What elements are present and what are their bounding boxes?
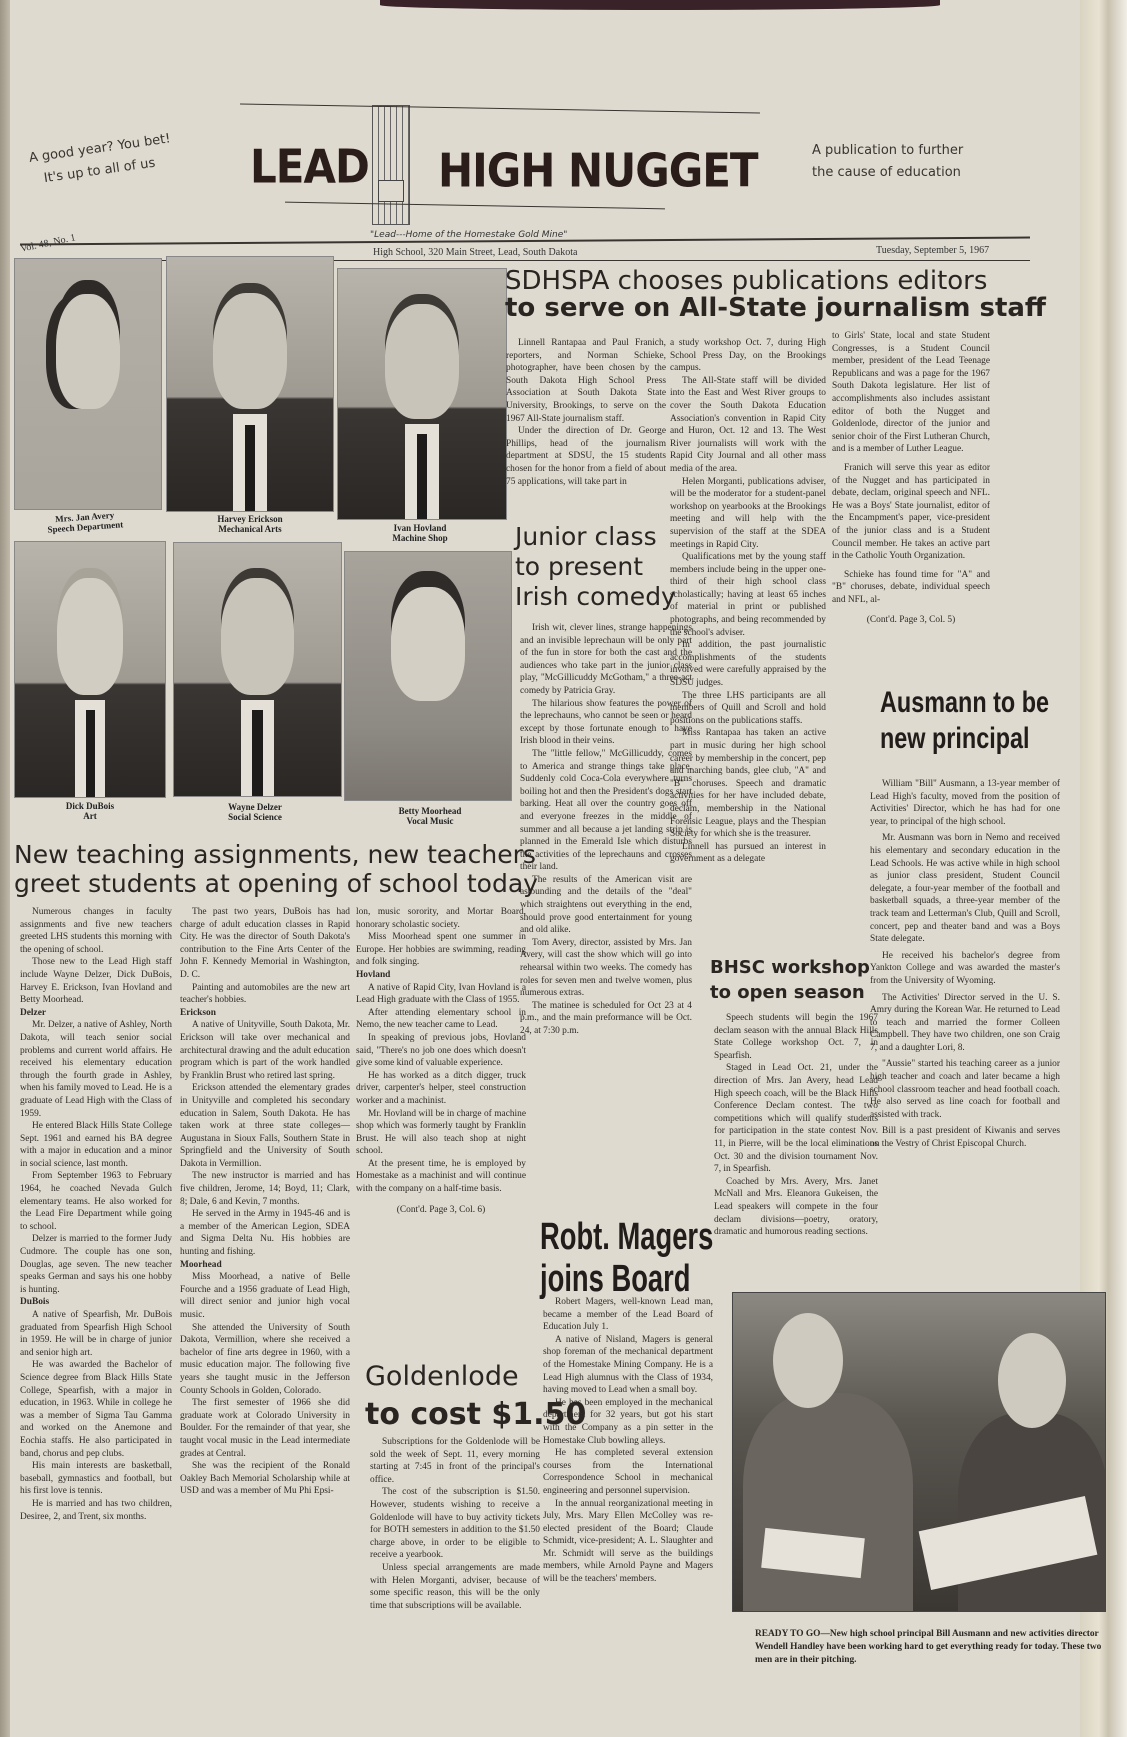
paragraph: The new instructor is married and has fi… — [180, 1170, 350, 1208]
masthead-title-high-nugget: HIGH NUGGET — [438, 144, 758, 198]
bhsc-column: Speech students will begin the 1967 decl… — [714, 1012, 878, 1239]
goldenlode-column: Subscriptions for the Goldenlode will be… — [370, 1436, 540, 1612]
paragraph: He served in the Army in 1945-46 and is … — [180, 1208, 350, 1258]
paragraph: Coached by Mrs. Avery, Mrs. Janet McNall… — [714, 1176, 878, 1239]
sdhspa-col-3: to Girls' State, local and state Student… — [832, 330, 990, 627]
paragraph: The first semester of 1966 she did gradu… — [180, 1397, 350, 1460]
paragraph: to Girls' State, local and state Student… — [832, 330, 990, 456]
paragraph: She attended the University of South Dak… — [180, 1322, 350, 1398]
headline-line: to present — [515, 552, 676, 582]
paragraph: The "little fellow," McGillicuddy, comes… — [520, 748, 692, 874]
subhead: Moorhead — [180, 1259, 350, 1272]
subhead: DuBois — [20, 1296, 172, 1309]
figure-left-suit — [743, 1393, 913, 1612]
caption-name: Harvey Erickson — [190, 514, 310, 524]
caption-dept: Machine Shop — [360, 533, 480, 543]
paragraph: Unless special arrangements are made wit… — [370, 1562, 540, 1612]
paragraph: Staged in Lead Oct. 21, under the direct… — [714, 1062, 878, 1175]
headline-line: New teaching assignments, new teachers — [14, 840, 538, 869]
headline-line: to serve on All-State journalism staff — [505, 295, 1046, 322]
figure-right-head — [998, 1333, 1066, 1428]
paragraph: A native of Nisland, Magers is general s… — [543, 1334, 713, 1397]
paragraph: Those new to the Lead High staff include… — [20, 956, 172, 1006]
headline-line: SDHSPA chooses publications editors — [505, 268, 1046, 295]
paragraph: A native of Unityville, South Dakota, Mr… — [180, 1019, 350, 1082]
magers-column: Robert Magers, well-known Lead man, beca… — [543, 1296, 713, 1586]
ausmann-column: William "Bill" Ausmann, a 13-year member… — [870, 778, 1060, 1151]
paragraph: In the annual reorganizational meeting i… — [543, 1498, 713, 1586]
headline-line: joins Board — [540, 1260, 713, 1298]
caption-dept: Art — [40, 811, 140, 821]
headline-junior-class: Junior class to present Irish comedy — [515, 522, 676, 612]
headline-line: BHSC workshop — [710, 955, 870, 980]
continued-note: (Cont'd. Page 3, Col. 5) — [832, 614, 990, 627]
headline-line: greet students at opening of school toda… — [14, 869, 538, 898]
photo-wayne-delzer — [173, 542, 342, 797]
paragraph: A native of Spearfish, Mr. DuBois gradua… — [20, 1309, 172, 1359]
paragraph: Numerous changes in faculty assignments … — [20, 906, 172, 956]
building-door-icon — [378, 180, 404, 202]
paragraph: His main interests are basketball, baseb… — [20, 1460, 172, 1498]
masthead-title-lead: LEAD — [250, 140, 369, 194]
paragraph: The All-State staff will be divided into… — [670, 375, 826, 476]
paragraph: The past two years, DuBois has had charg… — [180, 906, 350, 982]
caption-wayne-delzer: Wayne DelzerSocial Science — [200, 802, 310, 822]
paragraph: Schieke has found time for "A" and "B" c… — [832, 569, 990, 607]
paragraph: Speech students will begin the 1967 decl… — [714, 1012, 878, 1062]
paragraph: He has completed several extension cours… — [543, 1447, 713, 1497]
paragraph: Painting and automobiles are the new art… — [180, 982, 350, 1007]
photo-ausmann-handley — [732, 1292, 1106, 1612]
paragraph: Franich will serve this year as editor o… — [832, 462, 990, 563]
subhead: Erickson — [180, 1007, 350, 1020]
caption-name: Dick DuBois — [40, 801, 140, 811]
paragraph: At the present time, he is employed by H… — [356, 1158, 526, 1196]
continued-note: (Cont'd. Page 3, Col. 6) — [356, 1204, 526, 1217]
paragraph: The Activities' Director served in the U… — [870, 992, 1060, 1055]
paragraph: The hilarious show features the power of… — [520, 698, 692, 748]
paragraph: He entered Black Hills State College Sep… — [20, 1120, 172, 1170]
headline-line: Ausmann to be — [880, 688, 1049, 718]
headline-line: to open season — [710, 980, 870, 1005]
caption-dept: Vocal Music — [375, 816, 485, 826]
headline-magers: Robt. Magers joins Board — [540, 1218, 713, 1298]
school-address: High School, 320 Main Street, Lead, Sout… — [373, 247, 577, 258]
paragraph: Under the direction of Dr. George Philli… — [506, 425, 666, 488]
caption-name: Wayne Delzer — [200, 802, 310, 812]
page-top-shadow — [380, 0, 940, 10]
paragraph: a study workshop Oct. 7, during High Sch… — [670, 337, 826, 375]
issue-date: Tuesday, September 5, 1967 — [876, 245, 989, 256]
photo-betty-moorhead — [344, 551, 512, 801]
caption-dick-dubois: Dick DuBoisArt — [40, 801, 140, 821]
paragraph: After attending elementary school in Nem… — [356, 1007, 526, 1032]
photo-jan-avery — [14, 258, 162, 510]
caption-harvey-erickson: Harvey EricksonMechanical Arts — [190, 514, 310, 534]
junior-class-column: Irish wit, clever lines, strange happeni… — [520, 622, 692, 1038]
masthead-slogan-right: A publication to further the cause of ed… — [812, 140, 963, 184]
paragraph: Qualifications met by the young staff me… — [670, 551, 826, 639]
paragraph: He received his bachelor's degree from Y… — [870, 950, 1060, 988]
masthead-tagline: "Lead---Home of the Homestake Gold Mine" — [370, 230, 567, 240]
photo-harvey-erickson — [166, 256, 334, 512]
paragraph: In addition, the past journalistic accom… — [670, 639, 826, 689]
headline-bhsc: BHSC workshop to open season — [710, 955, 870, 1005]
paragraph: Bill is a past president of Kiwanis and … — [870, 1125, 1060, 1150]
headline-sdhspa: SDHSPA chooses publications editors to s… — [505, 268, 1046, 323]
paragraph: From September 1963 to February 1964, he… — [20, 1170, 172, 1233]
paragraph: Tom Avery, director, assisted by Mrs. Ja… — [520, 937, 692, 1000]
teachers-col-1: Numerous changes in faculty assignments … — [20, 906, 172, 1523]
paragraph: She was the recipient of the Ronald Oakl… — [180, 1460, 350, 1498]
headline-line: Junior class — [515, 522, 676, 552]
teachers-col-2: The past two years, DuBois has had charg… — [180, 906, 350, 1498]
headline-ausmann: Ausmann to be new principal — [880, 688, 1049, 754]
paragraph: He is married and has two children, Desi… — [20, 1498, 172, 1523]
paragraph: In speaking of previous jobs, Hovland sa… — [356, 1032, 526, 1070]
paragraph: William "Bill" Ausmann, a 13-year member… — [870, 778, 1060, 828]
paragraph: Erickson attended the elementary grades … — [180, 1082, 350, 1170]
headline-line: Irish comedy — [515, 582, 676, 612]
teachers-col-3: lon, music sorority, and Mortar Board, h… — [356, 906, 526, 1216]
paragraph: He was awarded the Bachelor of Science d… — [20, 1359, 172, 1460]
photo-caption: READY TO GO—New high school principal Bi… — [755, 1628, 1103, 1667]
paragraph: Helen Morganti, publications adviser, wi… — [670, 476, 826, 552]
paragraph: Robert Magers, well-known Lead man, beca… — [543, 1296, 713, 1334]
paragraph: Mr. Ausmann was born in Nemo and receive… — [870, 832, 1060, 945]
photo-dick-dubois — [14, 541, 166, 798]
paragraph: He has worked as a ditch digger, truck d… — [356, 1070, 526, 1108]
paragraph: Miss Moorhead, a native of Belle Fourche… — [180, 1271, 350, 1321]
paragraph: Mr. Hovland will be in charge of machine… — [356, 1108, 526, 1158]
paragraph: The results of the American visit are as… — [520, 874, 692, 937]
headline-line: Robt. Magers — [540, 1218, 713, 1256]
headline-new-teachers: New teaching assignments, new teachers g… — [14, 840, 538, 898]
caption-dept: Mechanical Arts — [190, 524, 310, 534]
figure-left-head — [773, 1313, 843, 1408]
headline-line: new principal — [880, 724, 1049, 754]
caption-dept: Social Science — [200, 812, 310, 822]
paragraph: Linnell has pursued an interest in gover… — [670, 841, 826, 866]
paragraph: Miss Moorhead spent one summer in Europe… — [356, 931, 526, 969]
caption-name: Ivan Hovland — [360, 523, 480, 533]
paragraph: The cost of the subscription is $1.50. H… — [370, 1486, 540, 1562]
paragraph: He has been employed in the mechanical d… — [543, 1397, 713, 1447]
photo-ivan-hovland — [337, 268, 507, 520]
paragraph: Delzer is married to the former Judy Cud… — [20, 1233, 172, 1296]
slogan-line: the cause of education — [812, 162, 963, 184]
building-logo-icon — [372, 105, 410, 225]
subhead: Delzer — [20, 1007, 172, 1020]
paragraph: Subscriptions for the Goldenlode will be… — [370, 1436, 540, 1486]
paragraph: Linnell Rantapaa and Paul Franich, repor… — [506, 337, 666, 425]
sdhspa-col-1: Linnell Rantapaa and Paul Franich, repor… — [506, 337, 666, 488]
paragraph: The three LHS participants are all membe… — [670, 690, 826, 728]
caption-name: Betty Moorhead — [375, 806, 485, 816]
caption-ivan-hovland: Ivan HovlandMachine Shop — [360, 523, 480, 543]
paragraph: A native of Rapid City, Ivan Hovland is … — [356, 982, 526, 1007]
subhead: Hovland — [356, 969, 526, 982]
paragraph: Mr. Delzer, a native of Ashley, North Da… — [20, 1019, 172, 1120]
paragraph: The matinee is scheduled for Oct 23 at 4… — [520, 1000, 692, 1038]
sdhspa-col-2: a study workshop Oct. 7, during High Sch… — [670, 337, 826, 866]
paragraph: Miss Rantapaa has taken an active part i… — [670, 727, 826, 840]
paragraph: "Aussie" started his teaching career as … — [870, 1058, 1060, 1121]
paragraph: Irish wit, clever lines, strange happeni… — [520, 622, 692, 698]
caption-betty-moorhead: Betty MoorheadVocal Music — [375, 806, 485, 826]
paragraph: lon, music sorority, and Mortar Board, h… — [356, 906, 526, 931]
slogan-line: A publication to further — [812, 140, 963, 162]
